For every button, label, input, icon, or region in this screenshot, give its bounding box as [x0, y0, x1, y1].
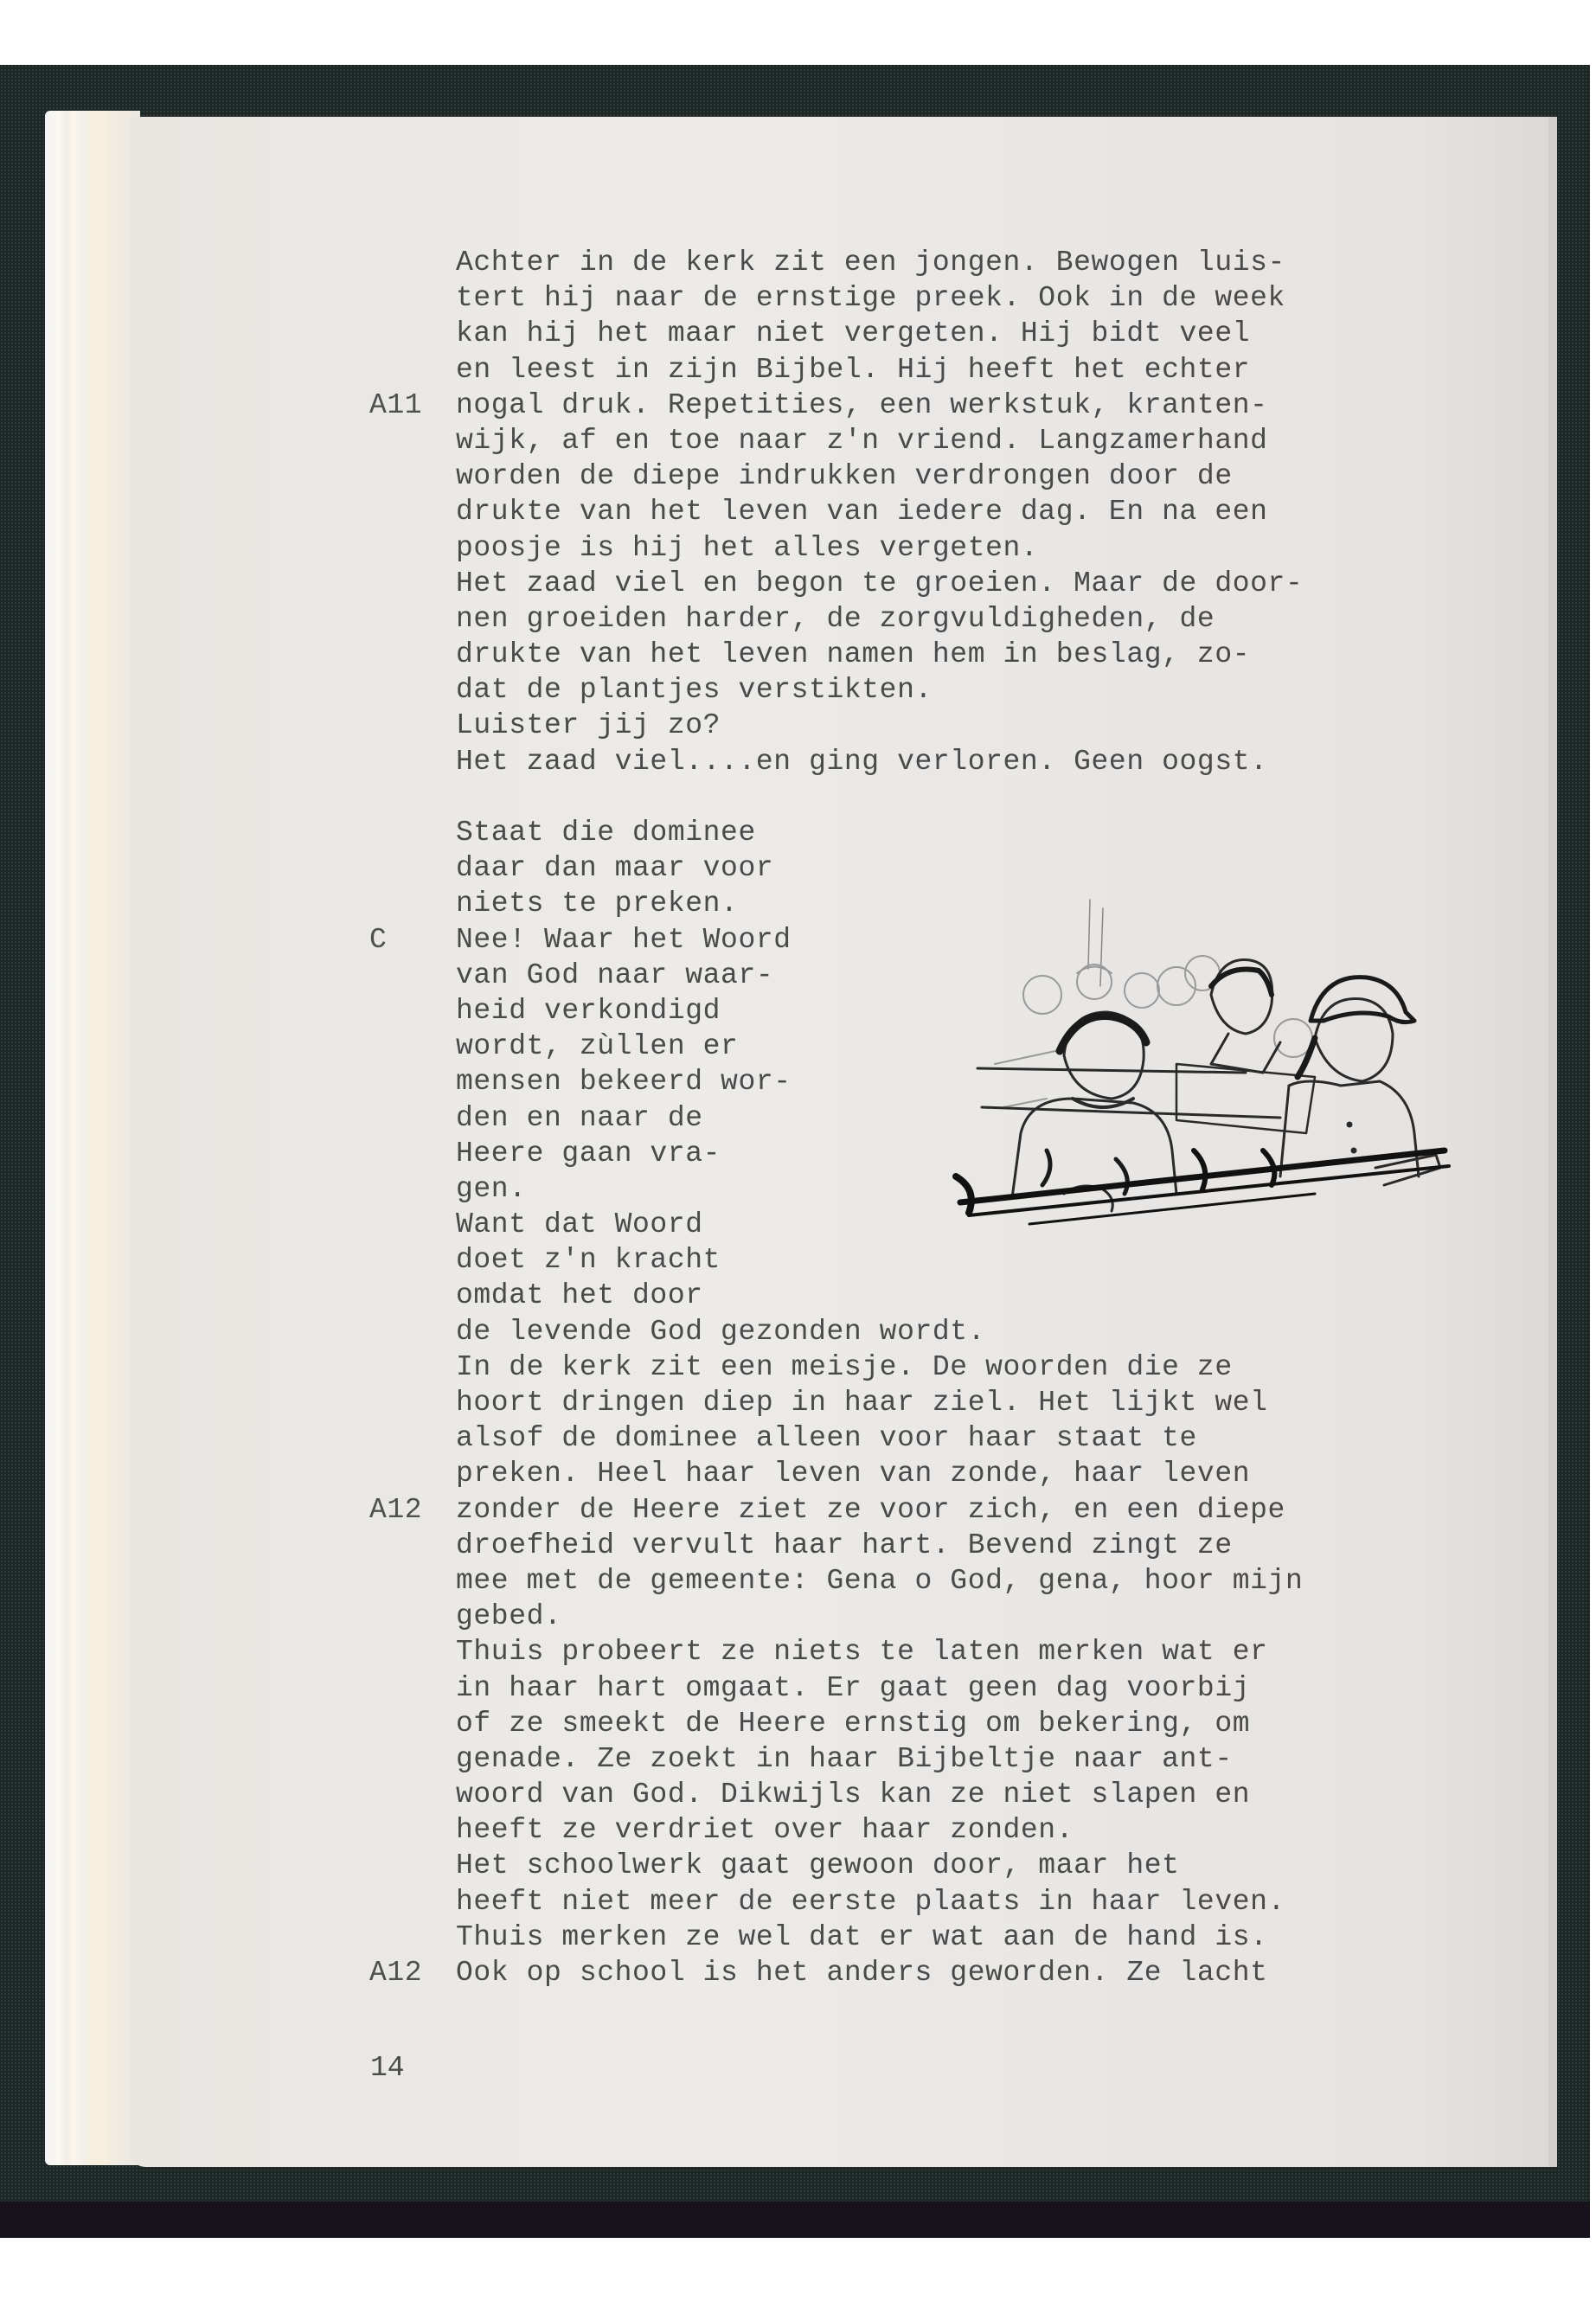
line-text: kan hij het maar niet vergeten. Hij bidt…	[456, 317, 1250, 349]
line-text: wijk, af en toe naar z'n vriend. Langzam…	[456, 425, 1268, 457]
text-line: of ze smeekt de Heere ernstig om bekerin…	[456, 1706, 1494, 1741]
text-line: worden de diepe indrukken verdrongen doo…	[456, 458, 1494, 494]
text-line: poosje is hij het alles vergeten.	[456, 530, 1494, 566]
line-text: Ook op school is het anders geworden. Ze…	[456, 1957, 1268, 1989]
line-text: dat de plantjes verstikten.	[456, 674, 933, 706]
line-text: en leest in zijn Bijbel. Hij heeft het e…	[456, 354, 1250, 386]
line-text: Nee! Waar het Woord	[456, 924, 792, 956]
text-line: preken. Heel haar leven van zonde, haar …	[456, 1456, 1494, 1491]
text-line: gebed.	[456, 1599, 1494, 1634]
text-line: Thuis probeert ze niets te laten merken …	[456, 1634, 1494, 1670]
line-text: Luister jij zo?	[456, 709, 721, 741]
text-line: droefheid vervult haar hart. Bevend zing…	[456, 1528, 1494, 1563]
church-children-illustration	[917, 891, 1453, 1237]
line-text: heid verkondigd	[456, 995, 721, 1027]
text-line: genade. Ze zoekt in haar Bijbeltje naar …	[456, 1741, 1494, 1777]
line-text: Thuis probeert ze niets te laten merken …	[456, 1636, 1268, 1668]
text-line: woord van God. Dikwijls kan ze niet slap…	[456, 1777, 1494, 1812]
line-text: nen groeiden harder, de zorgvuldigheden,…	[456, 603, 1215, 635]
line-text: gen.	[456, 1173, 527, 1205]
line-text: preken. Heel haar leven van zonde, haar …	[456, 1458, 1250, 1490]
line-text: van God naar waar-	[456, 959, 773, 991]
text-line: heeft ze verdriet over haar zonden.	[456, 1812, 1494, 1848]
book-cover-bottom-edge	[0, 2202, 1590, 2238]
line-text: genade. Ze zoekt in haar Bijbeltje naar …	[456, 1743, 1233, 1775]
text-line: A12zonder de Heere ziet ze voor zich, en…	[456, 1492, 1494, 1528]
line-text: doet z'n kracht	[456, 1244, 721, 1276]
line-text: zonder de Heere ziet ze voor zich, en ee…	[456, 1494, 1285, 1526]
line-text: heeft ze verdriet over haar zonden.	[456, 1814, 1074, 1846]
text-line: Het zaad viel en begon te groeien. Maar …	[456, 566, 1494, 601]
margin-annotation: A12	[369, 1955, 422, 1990]
line-text: droefheid vervult haar hart. Bevend zing…	[456, 1529, 1233, 1561]
text-line: A11nogal druk. Repetities, een werkstuk,…	[456, 388, 1494, 423]
line-text: Heere gaan vra-	[456, 1138, 721, 1170]
page-number: 14	[370, 2052, 405, 2084]
line-text: wordt, zùllen er	[456, 1030, 738, 1062]
text-line: mee met de gemeente: Gena o God, gena, h…	[456, 1563, 1494, 1599]
line-text: Het schoolwerk gaat gewoon door, maar he…	[456, 1849, 1180, 1881]
line-text: hoort dringen diep in haar ziel. Het lij…	[456, 1387, 1268, 1419]
line-text: alsof de dominee alleen voor haar staat …	[456, 1422, 1197, 1454]
text-line: hoort dringen diep in haar ziel. Het lij…	[456, 1385, 1494, 1420]
margin-annotation: C	[369, 922, 387, 958]
text-line: Achter in de kerk zit een jongen. Bewoge…	[456, 245, 1494, 280]
line-text: daar dan maar voor	[456, 852, 773, 884]
text-line: nen groeiden harder, de zorgvuldigheden,…	[456, 601, 1494, 637]
line-text: Het zaad viel en begon te groeien. Maar …	[456, 567, 1303, 599]
line-text: niets te preken.	[456, 888, 738, 920]
line-text: den en naar de	[456, 1102, 703, 1134]
line-text: nogal druk. Repetities, een werkstuk, kr…	[456, 389, 1268, 421]
text-line: Thuis merken ze wel dat er wat aan de ha…	[456, 1920, 1494, 1955]
text-line: Het schoolwerk gaat gewoon door, maar he…	[456, 1848, 1494, 1883]
line-text: mee met de gemeente: Gena o God, gena, h…	[456, 1565, 1303, 1597]
text-line: heeft niet meer de eerste plaats in haar…	[456, 1884, 1494, 1920]
line-text: Het zaad viel....en ging verloren. Geen …	[456, 746, 1268, 778]
line-text: tert hij naar de ernstige preek. Ook in …	[456, 282, 1285, 314]
line-text: Achter in de kerk zit een jongen. Bewoge…	[456, 247, 1285, 279]
text-line: alsof de dominee alleen voor haar staat …	[456, 1420, 1494, 1456]
line-text: of ze smeekt de Heere ernstig om bekerin…	[456, 1708, 1250, 1740]
line-text: drukte van het leven van iedere dag. En …	[456, 496, 1268, 528]
line-text: gebed.	[456, 1600, 561, 1632]
text-line: kan hij het maar niet vergeten. Hij bidt…	[456, 316, 1494, 351]
text-line: wijk, af en toe naar z'n vriend. Langzam…	[456, 423, 1494, 458]
text-line: Luister jij zo?	[456, 708, 1494, 743]
text-line: A12Ook op school is het anders geworden.…	[456, 1955, 1494, 1990]
line-text: Want dat Woord	[456, 1208, 703, 1240]
line-text: drukte van het leven namen hem in beslag…	[456, 638, 1250, 670]
text-line: drukte van het leven van iedere dag. En …	[456, 494, 1494, 529]
text-line: in haar hart omgaat. Er gaat geen dag vo…	[456, 1670, 1494, 1706]
line-text: de levende God gezonden wordt.	[456, 1316, 985, 1348]
paragraph-gap	[456, 779, 1494, 815]
text-line: dat de plantjes verstikten.	[456, 672, 1494, 708]
text-line: en leest in zijn Bijbel. Hij heeft het e…	[456, 352, 1494, 388]
line-text: mensen bekeerd wor-	[456, 1066, 792, 1098]
text-line: tert hij naar de ernstige preek. Ook in …	[456, 280, 1494, 316]
margin-annotation: A11	[369, 388, 422, 423]
line-text: woord van God. Dikwijls kan ze niet slap…	[456, 1779, 1250, 1811]
text-line: In de kerk zit een meisje. De woorden di…	[456, 1349, 1494, 1385]
page-right-edge	[1548, 117, 1557, 2167]
margin-annotation: A12	[369, 1492, 422, 1528]
line-text: In de kerk zit een meisje. De woorden di…	[456, 1351, 1233, 1383]
line-text: omdat het door	[456, 1279, 703, 1311]
line-text: in haar hart omgaat. Er gaat geen dag vo…	[456, 1672, 1250, 1704]
text-line: daar dan maar voor	[456, 850, 1494, 886]
text-line: Het zaad viel....en ging verloren. Geen …	[456, 744, 1494, 779]
line-text: worden de diepe indrukken verdrongen doo…	[456, 460, 1233, 492]
text-line: de levende God gezonden wordt.	[456, 1314, 1494, 1349]
line-text: heeft niet meer de eerste plaats in haar…	[456, 1886, 1285, 1918]
line-text: Staat die dominee	[456, 817, 756, 849]
page-edges	[45, 111, 140, 2165]
line-text: Thuis merken ze wel dat er wat aan de ha…	[456, 1921, 1268, 1953]
text-line: doet z'n kracht	[456, 1242, 1494, 1278]
text-line: drukte van het leven namen hem in beslag…	[456, 637, 1494, 672]
line-text: poosje is hij het alles vergeten.	[456, 532, 1038, 564]
text-line: Staat die dominee	[456, 815, 1494, 850]
text-line: omdat het door	[456, 1278, 1494, 1313]
